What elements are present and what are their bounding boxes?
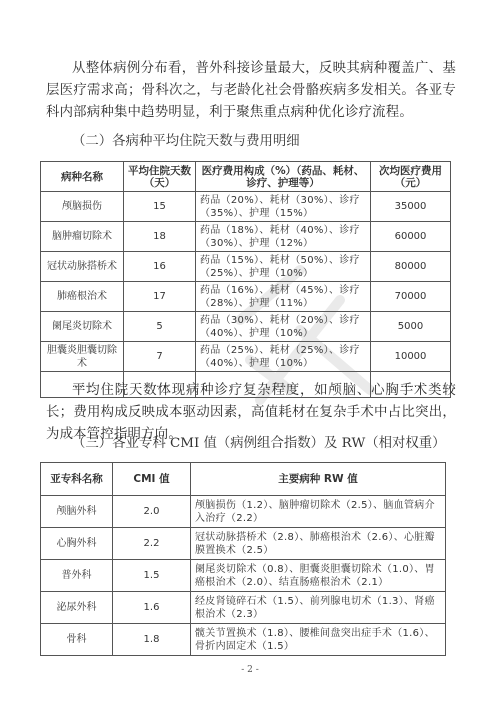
cell-rw: 经皮肾镜碎石术（1.5）、前列腺电切术（1.3）、肾癌根治术（2.3） [191, 592, 446, 624]
cell-rw: 阑尾炎切除术（0.8）、胆囊炎胆囊切除术（1.0）、胃癌根治术（2.0）、结直肠… [191, 560, 446, 592]
cell-cmi: 2.2 [113, 528, 191, 560]
cell-cost: 60000 [371, 222, 451, 252]
col-header-rw: 主要病种 RW 值 [191, 463, 446, 496]
section-heading-2: （二）各病种平均住院天数与费用明细 [72, 130, 300, 149]
col-header-days: 平均住院天数（天） [124, 162, 196, 192]
table-cmi-rw: 亚专科名称 CMI 值 主要病种 RW 值 颅脑外科 2.0 颅脑损伤（1.2）… [40, 462, 446, 656]
cell-cost: 10000 [371, 342, 451, 372]
table-row: 普外科 1.5 阑尾炎切除术（0.8）、胆囊炎胆囊切除术（1.0）、胃癌根治术（… [41, 560, 446, 592]
cell-composition: 药品（20%）、耗材（30%）、诊疗（35%）、护理（15%） [196, 192, 371, 222]
cell-disease: 颅脑损伤 [41, 192, 124, 222]
table-row: 阑尾炎切除术 5 药品（30%）、耗材（20%）、诊疗（40%）、护理（10%）… [41, 312, 451, 342]
table-row: 肺癌根治术 17 药品（16%）、耗材（45%）、诊疗（28%）、护理（11%）… [41, 282, 451, 312]
cell-days: 18 [124, 222, 196, 252]
cell-rw: 颅脑损伤（1.2）、脑肿瘤切除术（2.5）、脑血管病介入治疗（2.2） [191, 496, 446, 528]
table-header-row: 病种名称 平均住院天数（天） 医疗费用构成（%）（药品、耗材、诊疗、护理等） 次… [41, 162, 451, 192]
cell-rw: 髋关节置换术（1.8）、腰椎间盘突出症手术（1.6）、骨折内固定术（1.5） [191, 624, 446, 656]
cell-disease: 冠状动脉搭桥术 [41, 252, 124, 282]
table-row: 颅脑损伤 15 药品（20%）、耗材（30%）、诊疗（35%）、护理（15%） … [41, 192, 451, 222]
cell-cmi: 1.5 [113, 560, 191, 592]
col-header-cost: 次均医疗费用（元） [371, 162, 451, 192]
cell-subspecialty: 普外科 [41, 560, 113, 592]
cell-cmi: 1.6 [113, 592, 191, 624]
table-row: 心胸外科 2.2 冠状动脉搭桥术（2.8）、肺癌根治术（2.6）、心脏瓣膜置换术… [41, 528, 446, 560]
cell-composition: 药品（25%）、耗材（25%）、诊疗（40%）、护理（10%） [196, 342, 371, 372]
cell-disease: 脑肿瘤切除术 [41, 222, 124, 252]
cell-days: 7 [124, 342, 196, 372]
cell-days: 17 [124, 282, 196, 312]
cell-rw: 冠状动脉搭桥术（2.8）、肺癌根治术（2.6）、心脏瓣膜置换术（2.5） [191, 528, 446, 560]
table-row: 脑肿瘤切除术 18 药品（18%）、耗材（40%）、诊疗（30%）、护理（12%… [41, 222, 451, 252]
table-header-row: 亚专科名称 CMI 值 主要病种 RW 值 [41, 463, 446, 496]
table-row: 胆囊炎胆囊切除术 7 药品（25%）、耗材（25%）、诊疗（40%）、护理（10… [41, 342, 451, 372]
cell-subspecialty: 心胸外科 [41, 528, 113, 560]
table-row: 冠状动脉搭桥术 16 药品（15%）、耗材（50%）、诊疗（25%）、护理（10… [41, 252, 451, 282]
cell-cost: 80000 [371, 252, 451, 282]
cell-days: 5 [124, 312, 196, 342]
cell-cost: 5000 [371, 312, 451, 342]
cell-days: 16 [124, 252, 196, 282]
table-row: 泌尿外科 1.6 经皮肾镜碎石术（1.5）、前列腺电切术（1.3）、肾癌根治术（… [41, 592, 446, 624]
cell-disease: 肺癌根治术 [41, 282, 124, 312]
cell-subspecialty: 泌尿外科 [41, 592, 113, 624]
cell-disease: 胆囊炎胆囊切除术 [41, 342, 124, 372]
cell-composition: 药品（16%）、耗材（45%）、诊疗（28%）、护理（11%） [196, 282, 371, 312]
cell-composition: 药品（30%）、耗材（20%）、诊疗（40%）、护理（10%） [196, 312, 371, 342]
cell-cost: 35000 [371, 192, 451, 222]
col-header-subspecialty: 亚专科名称 [41, 463, 113, 496]
paragraph-distribution: 从整体病例分布看，普外科接诊量最大，反映其病种覆盖广、基层医疗需求高；骨科次之，… [46, 58, 456, 124]
table-los-and-cost: 病种名称 平均住院天数（天） 医疗费用构成（%）（药品、耗材、诊疗、护理等） 次… [40, 161, 451, 398]
cell-subspecialty: 颅脑外科 [41, 496, 113, 528]
cell-cmi: 2.0 [113, 496, 191, 528]
table-row: 颅脑外科 2.0 颅脑损伤（1.2）、脑肿瘤切除术（2.5）、脑血管病介入治疗（… [41, 496, 446, 528]
cell-cost: 70000 [371, 282, 451, 312]
table-row: 骨科 1.8 髋关节置换术（1.8）、腰椎间盘突出症手术（1.6）、骨折内固定术… [41, 624, 446, 656]
cell-composition: 药品（18%）、耗材（40%）、诊疗（30%）、护理（12%） [196, 222, 371, 252]
col-header-cmi: CMI 值 [113, 463, 191, 496]
cell-subspecialty: 骨科 [41, 624, 113, 656]
section-heading-3: （三）各亚专科 CMI 值（病例组合指数）及 RW（相对权重） [72, 432, 446, 451]
col-header-composition: 医疗费用构成（%）（药品、耗材、诊疗、护理等） [196, 162, 371, 192]
cell-days: 15 [124, 192, 196, 222]
cell-cmi: 1.8 [113, 624, 191, 656]
page-number: - 2 - [0, 665, 500, 675]
col-header-disease: 病种名称 [41, 162, 124, 192]
cell-disease: 阑尾炎切除术 [41, 312, 124, 342]
cell-composition: 药品（15%）、耗材（50%）、诊疗（25%）、护理（10%） [196, 252, 371, 282]
